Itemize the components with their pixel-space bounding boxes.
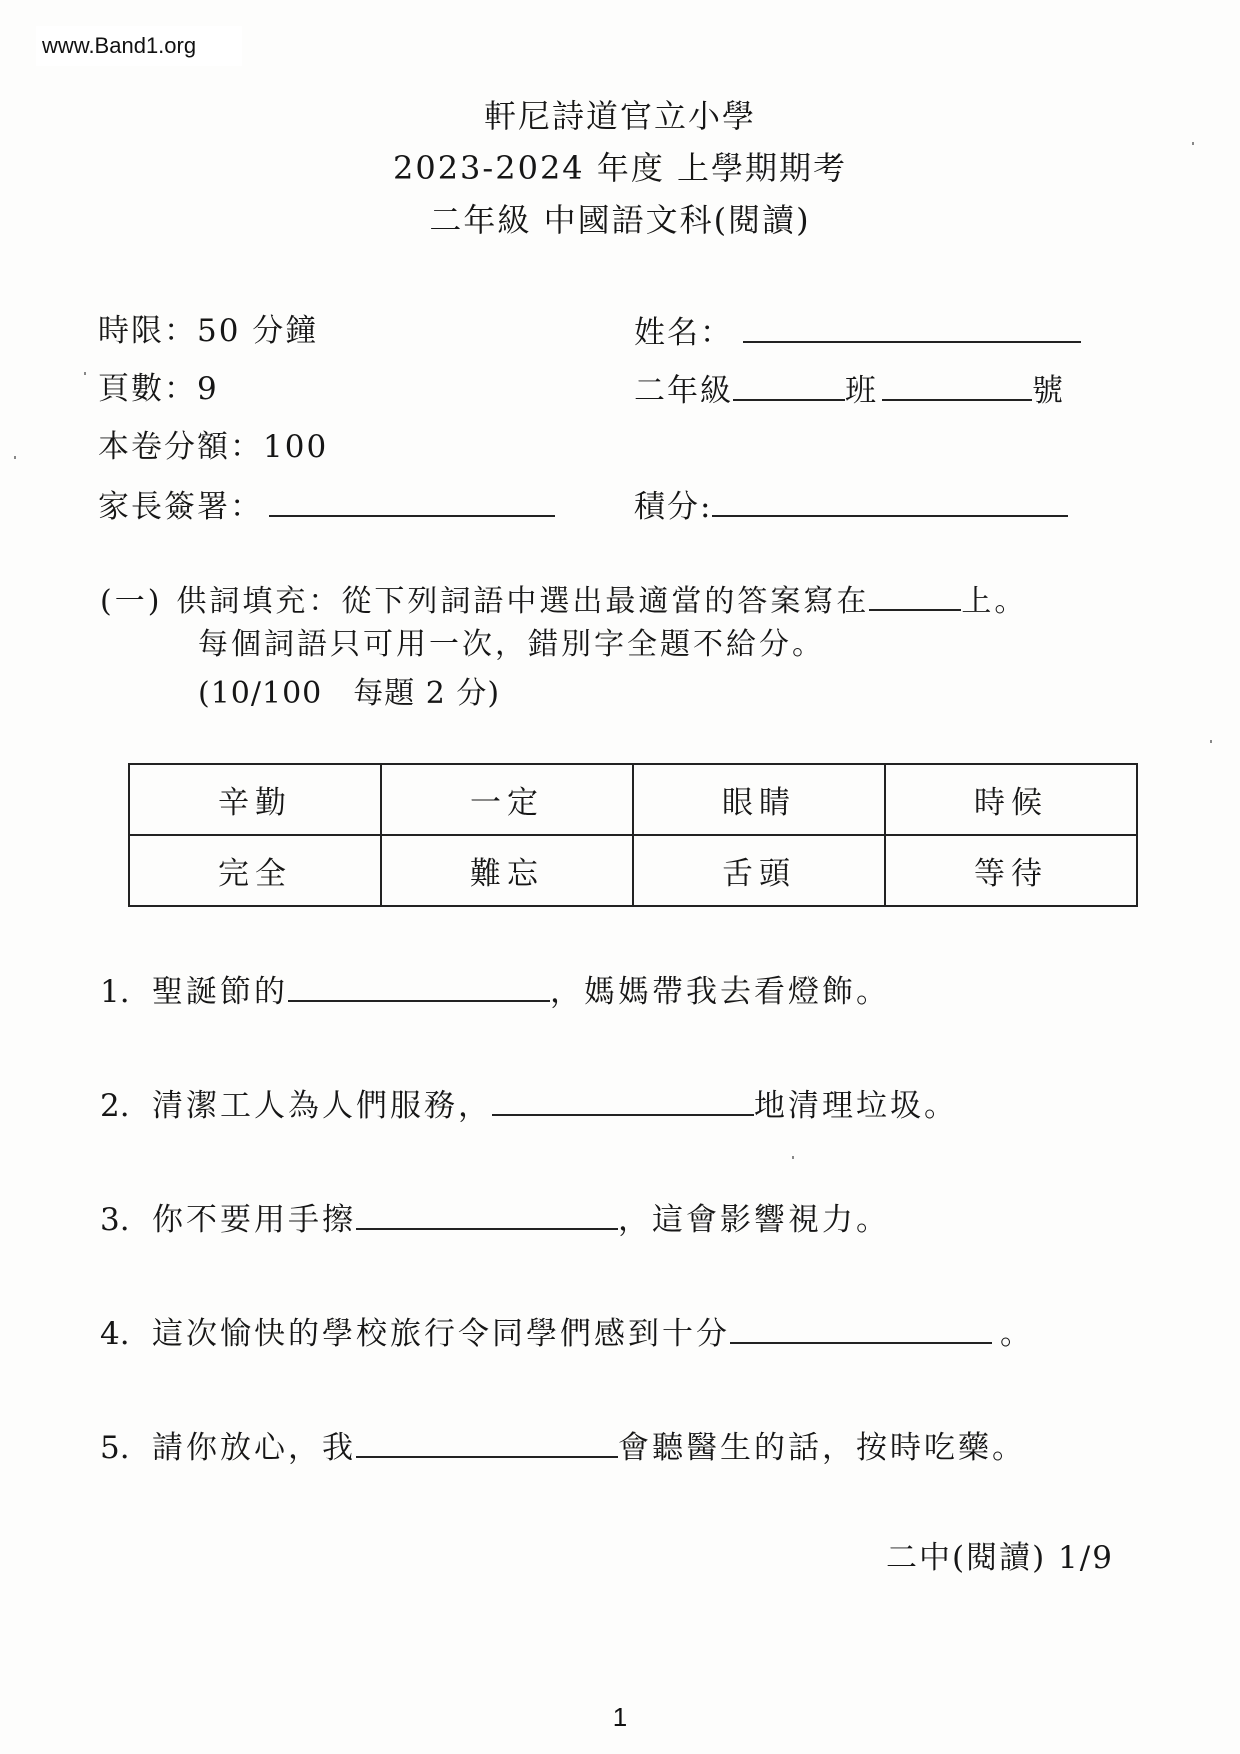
page-label: 二中(閱讀) 1/9 — [886, 1532, 1114, 1577]
scan-speck — [84, 372, 86, 375]
word-bank-cell: 等待 — [885, 835, 1137, 906]
subject-title: 二年級 中國語文科(閱讀) — [0, 200, 1240, 240]
word-bank-cell: 舌頭 — [633, 835, 885, 906]
name-row: 姓名： — [634, 311, 1081, 353]
word-bank-cell: 完全 — [129, 835, 381, 906]
instruction-text-end: 上。 — [961, 584, 1027, 619]
class-label: 班 — [845, 373, 878, 409]
watermark: www.Band1.org — [36, 26, 242, 66]
word-bank-row: 完全 難忘 舌頭 等待 — [129, 835, 1137, 906]
exam-title: 2023-2024 年度 上學期期考 — [0, 148, 1240, 188]
scan-speck — [792, 1156, 794, 1159]
question-number: 5. — [100, 1428, 152, 1468]
question-number: 3. — [100, 1200, 152, 1240]
word-bank-table: 辛勤 一定 眼睛 時候 完全 難忘 舌頭 等待 — [128, 763, 1138, 907]
question-text-after: ，媽媽帶我去看燈飾。 — [550, 974, 890, 1010]
score-field[interactable] — [712, 485, 1068, 517]
question-text-before: 請你放心，我 — [152, 1430, 356, 1466]
question-number: 1. — [100, 972, 152, 1012]
answer-blank[interactable] — [356, 1426, 618, 1458]
score-row: 積分: — [634, 485, 1068, 527]
scan-speck — [1210, 740, 1212, 743]
section1-instruction-line2: 每個詞語只可用一次，錯別字全題不給分。 — [198, 625, 825, 665]
word-bank-cell: 眼睛 — [633, 764, 885, 835]
section1-instruction-line1: (一)供詞填充：從下列詞語中選出最適當的答案寫在上。 — [100, 579, 1027, 622]
name-field[interactable] — [743, 311, 1081, 343]
question-5: 5.請你放心，我會聽醫生的話，按時吃藥。 — [100, 1426, 1026, 1468]
question-text-before: 你不要用手擦 — [152, 1202, 356, 1238]
question-1: 1.聖誕節的，媽媽帶我去看燈飾。 — [100, 970, 890, 1012]
question-4: 4.這次愉快的學校旅行令同學們感到十分。 — [100, 1312, 1034, 1354]
total-marks: 本卷分額：100 — [98, 427, 328, 467]
page-count: 頁數：9 — [98, 369, 219, 409]
question-number: 4. — [100, 1314, 152, 1354]
section-marker: (一) — [100, 584, 162, 619]
example-blank — [869, 579, 961, 611]
answer-blank[interactable] — [288, 970, 550, 1002]
parent-signature-label: 家長簽署： — [98, 489, 263, 525]
question-text-after: 地清理垃圾。 — [754, 1088, 958, 1124]
question-3: 3.你不要用手擦，這會影響視力。 — [100, 1198, 890, 1240]
school-name: 軒尼詩道官立小學 — [0, 96, 1240, 136]
class-field[interactable] — [733, 369, 845, 401]
question-number: 2. — [100, 1086, 152, 1126]
scan-speck — [1192, 142, 1194, 145]
question-text-before: 聖誕節的 — [152, 974, 288, 1010]
parent-signature-row: 家長簽署： — [98, 485, 555, 527]
word-bank-cell: 難忘 — [381, 835, 633, 906]
question-2: 2.清潔工人為人們服務，地清理垃圾。 — [100, 1084, 958, 1126]
instruction-text: 供詞填充：從下列詞語中選出最適當的答案寫在 — [176, 584, 869, 619]
number-field[interactable] — [882, 369, 1032, 401]
time-limit: 時限：50 分鐘 — [98, 311, 318, 351]
word-bank-cell: 時候 — [885, 764, 1137, 835]
question-text-before: 清潔工人為人們服務， — [152, 1088, 492, 1124]
answer-blank[interactable] — [356, 1198, 618, 1230]
word-bank-cell: 辛勤 — [129, 764, 381, 835]
name-label: 姓名： — [634, 315, 733, 351]
word-bank-cell: 一定 — [381, 764, 633, 835]
scan-speck — [14, 456, 16, 459]
page-number: 1 — [0, 1702, 1240, 1733]
class-number-row: 二年級班號 — [634, 369, 1065, 411]
answer-blank[interactable] — [730, 1312, 992, 1344]
class-prefix: 二年級 — [634, 373, 733, 409]
word-bank-row: 辛勤 一定 眼睛 時候 — [129, 764, 1137, 835]
question-text-before: 這次愉快的學校旅行令同學們感到十分 — [152, 1316, 730, 1352]
answer-blank[interactable] — [492, 1084, 754, 1116]
score-label: 積分: — [634, 489, 712, 525]
question-text-after: ，這會影響視力。 — [618, 1202, 890, 1238]
section1-marks: (10/100 每題 2 分) — [198, 674, 500, 714]
parent-signature-field[interactable] — [269, 485, 555, 517]
question-text-after: 會聽醫生的話，按時吃藥。 — [618, 1430, 1026, 1466]
question-text-after: 。 — [1000, 1316, 1034, 1352]
number-label: 號 — [1032, 373, 1065, 409]
